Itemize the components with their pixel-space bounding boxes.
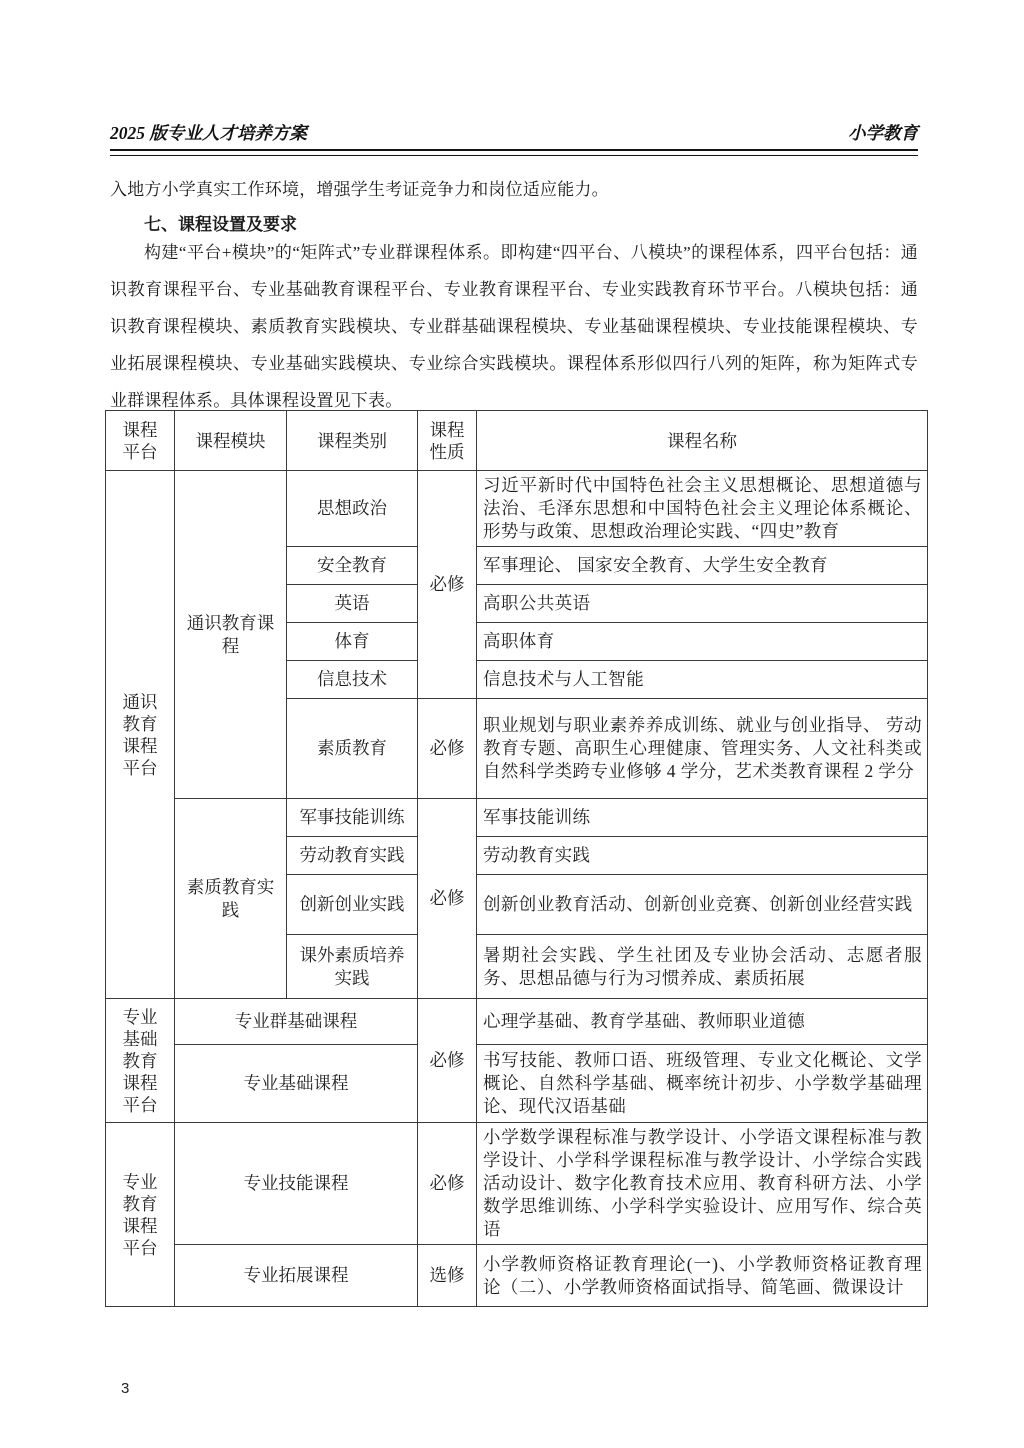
running-head: 2025 版专业人才培养方案 小学教育 <box>110 120 918 145</box>
cell-course-names: 劳动教育实践 <box>477 837 928 875</box>
cell-category: 劳动教育实践 <box>287 837 418 875</box>
cell-nature: 选修 <box>418 1245 477 1307</box>
table-row: 专业 教育 课程 平台 专业技能课程 必修 小学数学课程标准与教学设计、小学语文… <box>106 1123 928 1245</box>
table-header-row: 课程 平台 课程模块 课程类别 课程 性质 课程名称 <box>106 411 928 471</box>
running-head-right: 小学教育 <box>848 120 918 145</box>
body-paragraph: 构建“平台+模块”的“矩阵式”专业群课程体系。即构建“四平台、八模块”的课程体系… <box>110 234 918 419</box>
intro-text: 入地方小学真实工作环境，增强学生考证竞争力和岗位适应能力。 <box>110 175 918 200</box>
cell-course-names: 书写技能、教师口语、班级管理、专业文化概论、文学概论、自然科学基础、概率统计初步… <box>477 1045 928 1123</box>
cell-category: 素质教育 <box>287 699 418 799</box>
table-row: 专业 基础 教育 课程 平台 专业群基础课程 必修 心理学基础、教育学基础、教师… <box>106 999 928 1045</box>
cell-course-names: 小学数学课程标准与教学设计、小学语文课程标准与教学设计、小学科学课程标准与教学设… <box>477 1123 928 1245</box>
cell-category: 专业群基础课程 <box>175 999 418 1045</box>
cell-course-names: 高职体育 <box>477 623 928 661</box>
cell-course-names: 职业规划与职业素养养成训练、就业与创业指导、 劳动教育专题、高职生心理健康、管理… <box>477 699 928 799</box>
cell-category: 专业基础课程 <box>175 1045 418 1123</box>
cell-platform-professional-education: 专业 教育 课程 平台 <box>106 1123 175 1307</box>
cell-course-names: 心理学基础、教育学基础、教师职业道德 <box>477 999 928 1045</box>
cell-nature: 必修 <box>418 999 477 1123</box>
header-divider-rule <box>110 149 918 156</box>
col-header-name: 课程名称 <box>477 411 928 471</box>
cell-nature: 必修 <box>418 699 477 799</box>
cell-course-names: 创新创业教育活动、创新创业竞赛、创新创业经营实践 <box>477 875 928 935</box>
cell-course-names: 暑期社会实践、学生社团及专业协会活动、志愿者服务、思想品德与行为习惯养成、素质拓… <box>477 935 928 999</box>
cell-category: 信息技术 <box>287 661 418 699</box>
course-setup-table: 课程 平台 课程模块 课程类别 课程 性质 课程名称 通识 教育 课程 平台 通… <box>105 410 928 1307</box>
cell-course-names: 小学教师资格证教育理论(一)、小学教师资格证教育理论（二）、小学教师资格面试指导… <box>477 1245 928 1307</box>
cell-category: 英语 <box>287 585 418 623</box>
col-header-platform: 课程 平台 <box>106 411 175 471</box>
col-header-module: 课程模块 <box>175 411 287 471</box>
cell-nature: 必修 <box>418 471 477 699</box>
page-number: 3 <box>121 1380 129 1397</box>
table-row: 专业基础课程 书写技能、教师口语、班级管理、专业文化概论、文学概论、自然科学基础… <box>106 1045 928 1123</box>
cell-category: 体育 <box>287 623 418 661</box>
cell-category: 创新创业实践 <box>287 875 418 935</box>
cell-category: 军事技能训练 <box>287 799 418 837</box>
cell-platform-professional-basic: 专业 基础 教育 课程 平台 <box>106 999 175 1123</box>
cell-course-names: 信息技术与人工智能 <box>477 661 928 699</box>
cell-module-general-courses: 通识教育课 程 <box>175 471 287 799</box>
cell-category: 专业技能课程 <box>175 1123 418 1245</box>
cell-course-names: 习近平新时代中国特色社会主义思想概论、思想道德与法治、毛泽东思想和中国特色社会主… <box>477 471 928 547</box>
table-row: 通识 教育 课程 平台 通识教育课 程 思想政治 必修 习近平新时代中国特色社会… <box>106 471 928 547</box>
table-row: 专业拓展课程 选修 小学教师资格证教育理论(一)、小学教师资格证教育理论（二）、… <box>106 1245 928 1307</box>
cell-module-quality-practice: 素质教育实 践 <box>175 799 287 999</box>
cell-platform-general: 通识 教育 课程 平台 <box>106 471 175 999</box>
cell-course-names: 高职公共英语 <box>477 585 928 623</box>
cell-category: 课外素质培养 实践 <box>287 935 418 999</box>
cell-course-names: 军事理论、 国家安全教育、大学生安全教育 <box>477 547 928 585</box>
cell-category: 安全教育 <box>287 547 418 585</box>
cell-category: 思想政治 <box>287 471 418 547</box>
cell-nature: 必修 <box>418 799 477 999</box>
table-row: 素质教育实 践 军事技能训练 必修 军事技能训练 <box>106 799 928 837</box>
col-header-category: 课程类别 <box>287 411 418 471</box>
cell-nature: 必修 <box>418 1123 477 1245</box>
section-heading: 七、课程设置及要求 <box>110 210 918 235</box>
running-head-left: 2025 版专业人才培养方案 <box>110 120 307 145</box>
cell-category: 专业拓展课程 <box>175 1245 418 1307</box>
cell-course-names: 军事技能训练 <box>477 799 928 837</box>
col-header-nature: 课程 性质 <box>418 411 477 471</box>
